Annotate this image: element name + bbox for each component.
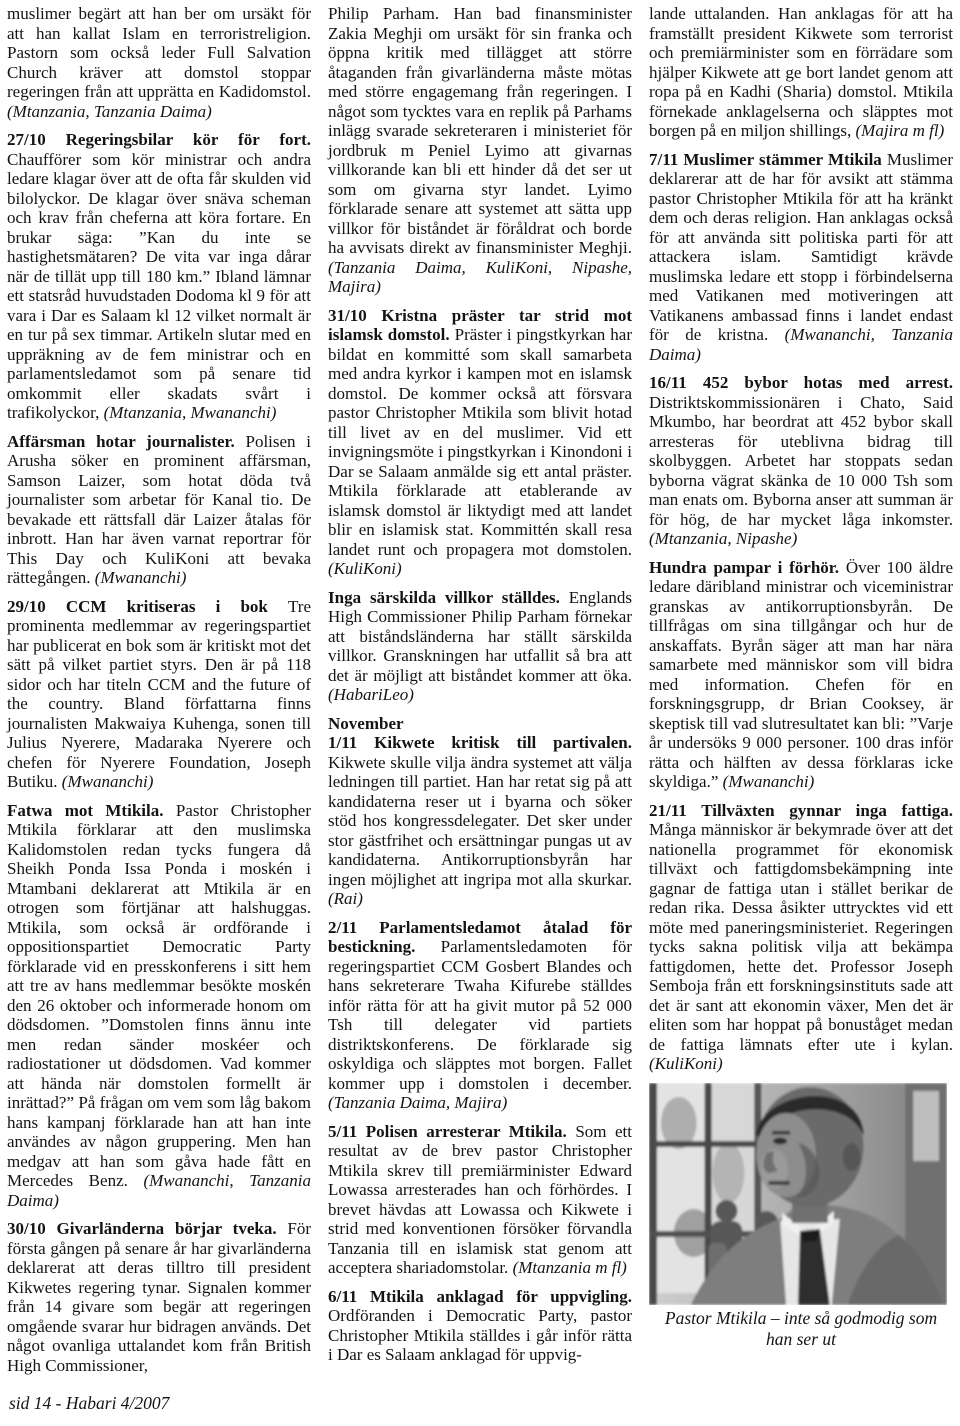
source-citation: (Mwananchi)	[58, 772, 154, 791]
window-frame-bar	[649, 1083, 657, 1305]
source-citation: (Mtanzania m fl)	[508, 1258, 627, 1277]
paragraph-text: Philip Parham. Han bad finansminister Za…	[328, 4, 632, 257]
paragraph: Fatwa mot Mtikila. Pastor Christopher Mt…	[7, 801, 311, 1211]
source-citation: (Mtanzania, Nipashe)	[649, 529, 797, 548]
section-kicker: November	[328, 714, 632, 734]
paragraph-lead: 6/11 Mtikila anklagad för uppvigling.	[328, 1287, 632, 1306]
paragraph-lead: 7/11 Muslimer stämmer Mtikila	[649, 150, 887, 169]
column-layout: muslimer begärt att han ber om ursäkt fö…	[0, 0, 960, 1384]
window-frame-bar	[649, 1141, 761, 1147]
paragraph: 30/10 Givarländerna börjar tveka. För fö…	[7, 1219, 311, 1375]
paragraph-text: Över 100 äldre ledare däribland ministra…	[649, 558, 953, 792]
newsletter-page: muslimer begärt att han ber om ursäkt fö…	[0, 0, 960, 1426]
paragraph: Hundra pampar i förhör. Över 100 äldre l…	[649, 558, 953, 792]
photo-figure: Pastor Mtikila – inte så godmodig som ha…	[649, 1083, 953, 1350]
paragraph: Affärsman hotar journalister. Polisen i …	[7, 432, 311, 588]
paragraph-lead: 5/11 Polisen arresterar Mtikila.	[328, 1122, 575, 1141]
source-citation: (Mtanzania, Mwananchi)	[99, 403, 276, 422]
source-citation: (KuliKoni)	[328, 559, 402, 578]
paragraph-lead: 30/10 Givarländerna börjar tveka.	[7, 1219, 287, 1238]
paragraph: 27/10 Regeringsbilar kör för fort. Chauf…	[7, 130, 311, 423]
paragraph: muslimer begärt att han ber om ursäkt fö…	[7, 4, 311, 121]
source-citation: (Mtanzania, Tanzania Daima)	[7, 102, 212, 121]
portrait-photo-illustration	[649, 1083, 947, 1305]
paragraph-lead: 1/11 Kikwete kritisk till partivalen.	[328, 733, 632, 752]
paragraph-text: Polisen i Arusha söker en prominent affä…	[7, 432, 311, 588]
paragraph-lead: 27/10 Regeringsbilar kör för fort.	[7, 130, 311, 149]
paragraph: 16/11 452 bybor hotas med arrest. Distri…	[649, 373, 953, 549]
source-citation: (Mwananchi)	[718, 772, 814, 791]
column-3-paragraphs: lande uttalanden. Han anklagas för att h…	[649, 4, 953, 1074]
paragraph-text: Distriktskommissionären i Chato, Said Mk…	[649, 393, 953, 529]
column-2-paragraphs: Philip Parham. Han bad finansminister Za…	[328, 4, 632, 1365]
source-citation: (KuliKoni)	[649, 1054, 723, 1073]
paragraph: lande uttalanden. Han anklagas för att h…	[649, 4, 953, 141]
window-frame-bar	[649, 1231, 761, 1237]
text-column-3: lande uttalanden. Han anklagas för att h…	[649, 4, 953, 1384]
paragraph-text: Pastor Christopher Mtikila förklarar att…	[7, 801, 311, 1191]
portrait-mouth	[768, 1181, 790, 1185]
paragraph-lead: 16/11 452 bybor hotas med arrest.	[649, 373, 953, 392]
paragraph-text: Chaufförer som kör ministrar och andra l…	[7, 150, 311, 423]
paragraph-text: För första gången på senare år har givar…	[7, 1219, 311, 1375]
paragraph: 5/11 Polisen arresterar Mtikila. Som ett…	[328, 1122, 632, 1278]
paragraph: Inga särskilda villkor ställdes. England…	[328, 588, 632, 705]
source-citation: (Rai)	[328, 889, 363, 908]
text-column-2: Philip Parham. Han bad finansminister Za…	[328, 4, 632, 1384]
paragraph-text: lande uttalanden. Han anklagas för att h…	[649, 4, 953, 140]
paragraph: November1/11 Kikwete kritisk till partiv…	[328, 714, 632, 909]
paragraph: 31/10 Kristna präster tar strid mot isla…	[328, 306, 632, 579]
portrait-ear	[843, 1143, 861, 1171]
source-citation: (Majira m fl)	[851, 121, 944, 140]
paragraph: 29/10 CCM kritiseras i bok Tre prominent…	[7, 597, 311, 792]
paragraph: 21/11 Tillväxten gynnar inga fattiga. Må…	[649, 801, 953, 1074]
source-citation: (Tanzania Daima, Majira)	[328, 1093, 507, 1112]
paragraph-text: Tre prominenta medlemmar av regeringspar…	[7, 597, 311, 792]
paragraph-lead: 21/11 Tillväxten gynnar inga fattiga.	[649, 801, 953, 820]
portrait-eye	[773, 1137, 787, 1144]
paragraph-lead: Affärsman hotar journalister.	[7, 432, 245, 451]
paragraph-text: Ordföranden i Democratic Party, pastor C…	[328, 1306, 632, 1364]
text-column-1: muslimer begärt att han ber om ursäkt fö…	[7, 4, 311, 1384]
paragraph-text: Kikwete skulle vilja ändra systemet att …	[328, 753, 632, 889]
paragraph-text: Muslimer deklarerar att de har för avsik…	[649, 150, 953, 345]
paragraph-text: muslimer begärt att han ber om ursäkt fö…	[7, 4, 311, 101]
paragraph-lead: Fatwa mot Mtikila.	[7, 801, 176, 820]
paragraph-text: Parlamentsledamoten för regeringspartiet…	[328, 937, 632, 1093]
photo-caption: Pastor Mtikila – inte så godmodig som ha…	[649, 1308, 953, 1350]
paragraph: 2/11 Parlamentsledamot åtalad för bestic…	[328, 918, 632, 1113]
paragraph-text: Många människor är bekymrade över att de…	[649, 820, 953, 1054]
page-footer: sid 14 - Habari 4/2007	[9, 1393, 169, 1414]
paragraph-lead: Hundra pampar i förhör.	[649, 558, 846, 577]
paragraph: Philip Parham. Han bad finansminister Za…	[328, 4, 632, 297]
source-citation: (HabariLeo)	[328, 685, 414, 704]
paragraph-text: Präster i pingstkyrkan har bildat en kom…	[328, 325, 632, 559]
paragraph: 6/11 Mtikila anklagad för uppvigling. Or…	[328, 1287, 632, 1365]
paragraph-text: Som ett resultat av de brev pastor Chris…	[328, 1122, 632, 1278]
source-citation: (Tanzania Daima, KuliKoni, Nipashe, Maji…	[328, 258, 632, 297]
paragraph-lead: Inga särskilda villkor ställdes.	[328, 588, 569, 607]
photo-pastor-mtikila	[649, 1083, 947, 1305]
paragraph-lead: 29/10 CCM kritiseras i bok	[7, 597, 288, 616]
source-citation: (Mwananchi)	[91, 568, 187, 587]
paragraph: 7/11 Muslimer stämmer Mtikila Muslimer d…	[649, 150, 953, 365]
column-1-paragraphs: muslimer begärt att han ber om ursäkt fö…	[7, 4, 311, 1375]
